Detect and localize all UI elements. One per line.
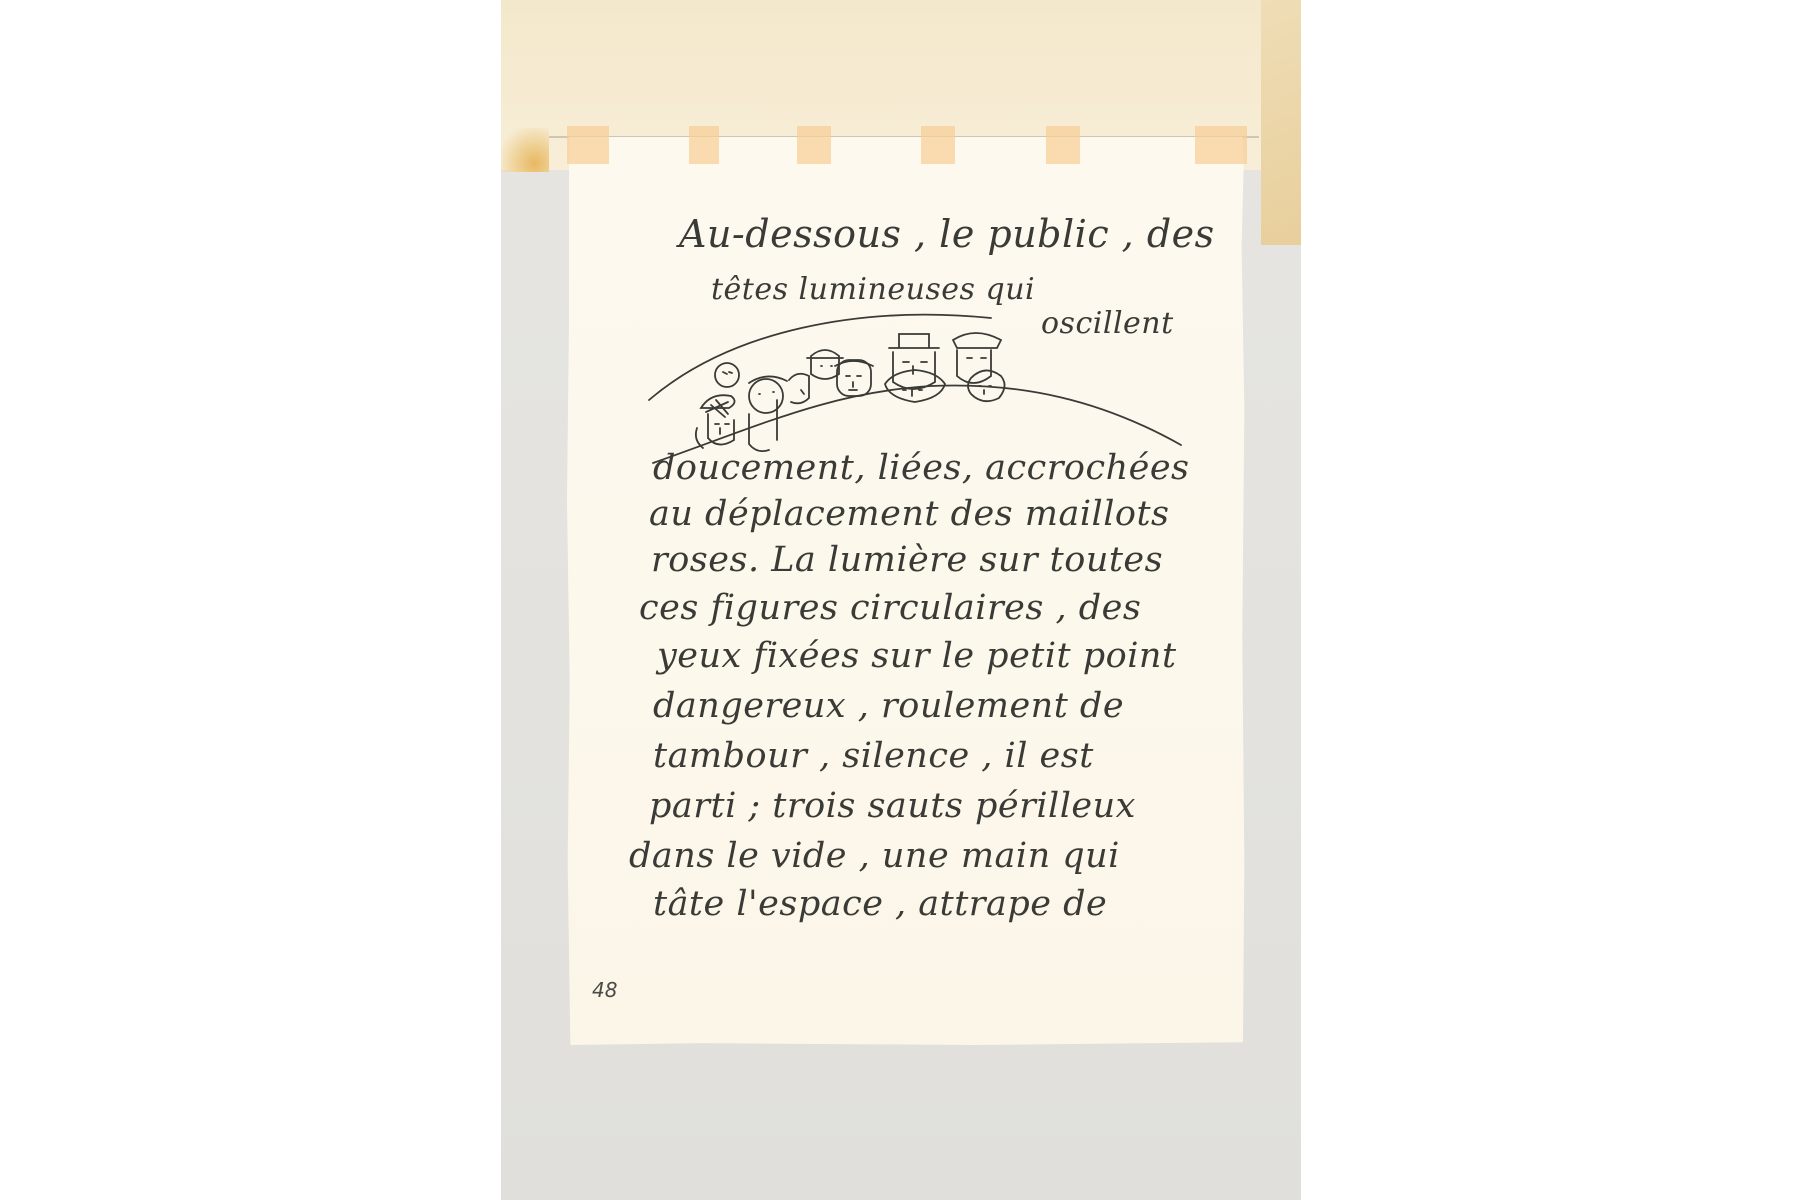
text-line: Au-dessous , le public , des — [679, 212, 1215, 256]
tape-strip — [921, 126, 955, 164]
text-line: têtes lumineuses qui — [711, 272, 1035, 307]
manuscript-photo: Au-dessous , le public , des têtes lumin… — [501, 0, 1301, 1200]
text-line: parti ; trois sauts périlleux — [649, 786, 1136, 826]
text-line: ces figures circulaires , des — [639, 588, 1141, 628]
text-line: oscillent — [1041, 306, 1174, 341]
folder-edge — [1261, 0, 1301, 245]
tape-strip — [1046, 126, 1080, 164]
text-line: au déplacement des maillots — [649, 494, 1170, 534]
text-line: tambour , silence , il est — [653, 736, 1094, 776]
folder-stain — [501, 128, 549, 172]
tape-strip — [689, 126, 719, 164]
tape-strip — [567, 126, 609, 164]
text-line: dans le vide , une main qui — [629, 836, 1120, 876]
tape-strip — [797, 126, 831, 164]
text-line: dangereux , roulement de — [653, 686, 1124, 726]
text-line: roses. La lumière sur toutes — [651, 540, 1163, 580]
text-line: yeux fixées sur le petit point — [657, 636, 1177, 676]
page-number: 48 — [592, 978, 617, 1002]
text-line: tâte l'espace , attrape de — [653, 884, 1107, 924]
tape-strip — [1195, 126, 1247, 164]
text-line: doucement, liées, accrochées — [653, 448, 1190, 488]
